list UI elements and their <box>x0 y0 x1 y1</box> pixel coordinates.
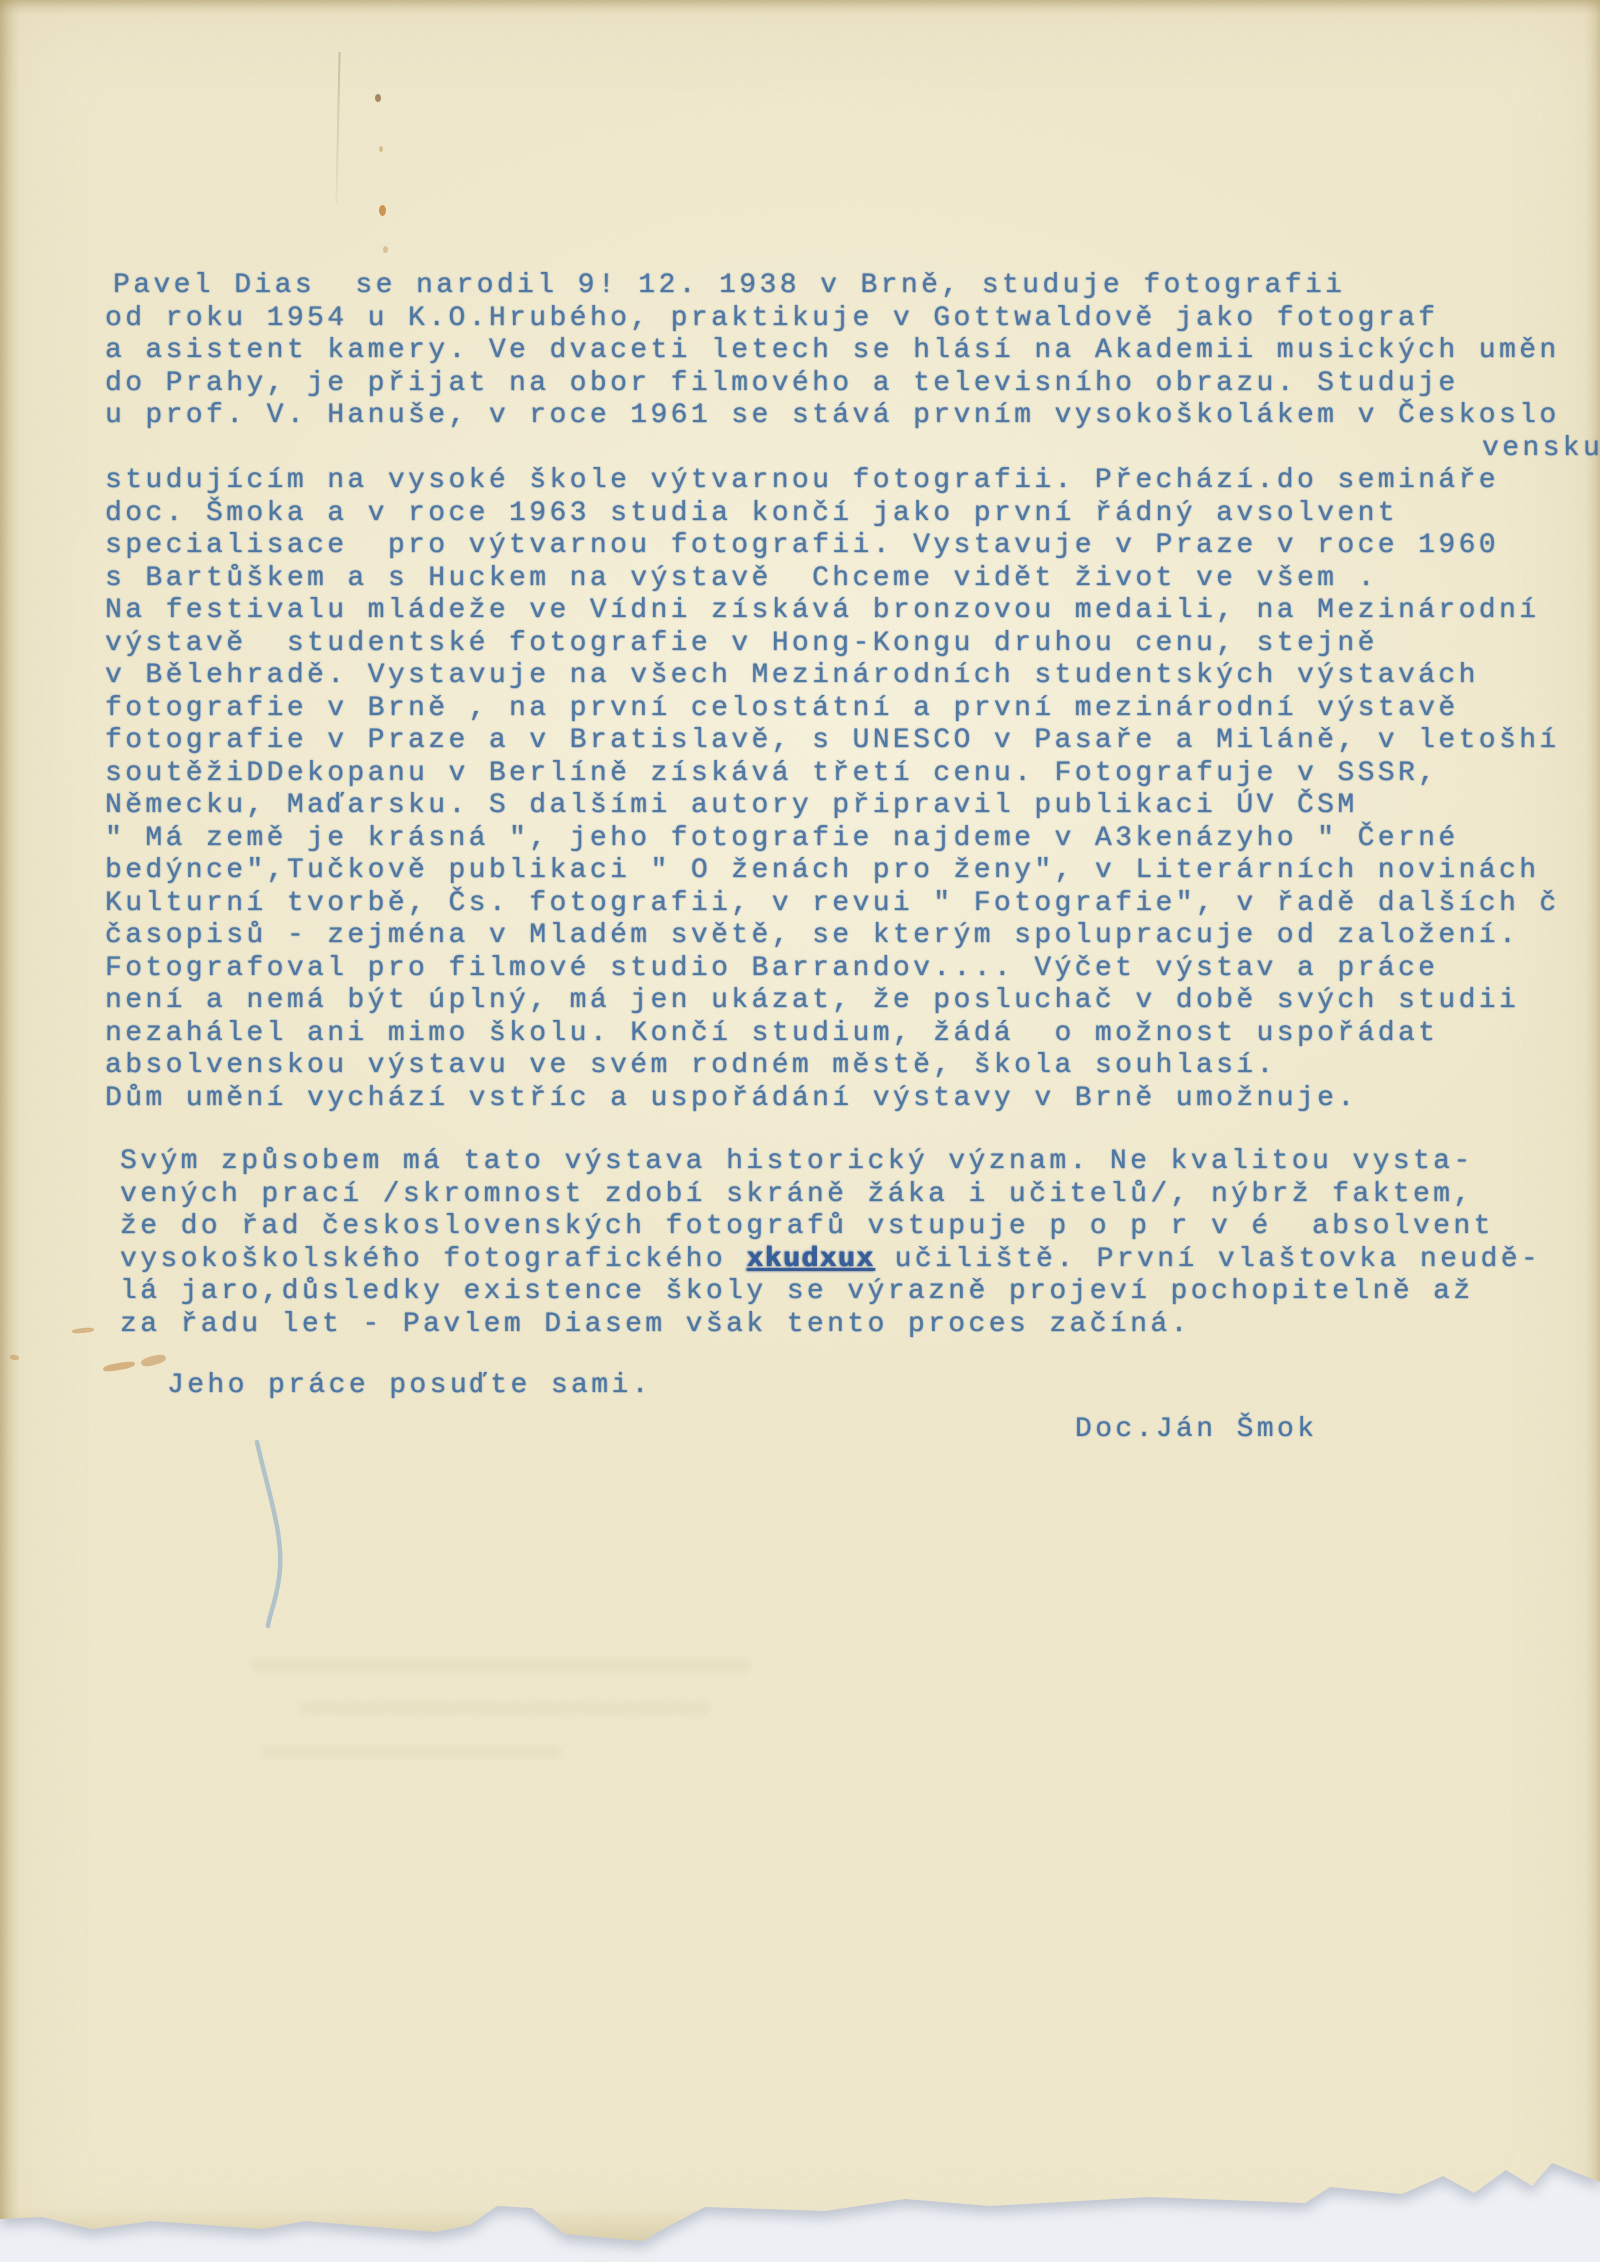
text-line: Pavel Dias se narodil 9! 12. 1938 v Brně… <box>113 270 1600 303</box>
text-segment: vysokoškolskéħo fotografického <box>120 1244 746 1275</box>
rust-smudge <box>10 1354 20 1360</box>
text-segment: učiliště. První vlaštovka neudě- <box>874 1244 1541 1275</box>
text-line: a asistent kamery. Ve dvaceti letech se … <box>105 335 1600 368</box>
text-segment: Kulturní tvorbě, Čs. fotografii, v revui… <box>105 888 1560 919</box>
text-line: Kulturní tvorbě, Čs. fotografii, v revui… <box>105 888 1600 921</box>
text-line: vysokoškolskéħo fotografického xkudxux u… <box>120 1244 1541 1277</box>
text-line: absolvenskou výstavu ve svém rodném měst… <box>105 1050 1600 1083</box>
text-line: bedýnce",Tučkově publikaci " O ženách pr… <box>105 855 1600 888</box>
show-through-ghost <box>300 1702 710 1714</box>
text-line: časopisů - zejména v Mladém světě, se kt… <box>105 920 1600 953</box>
text-line: s Bartůškem a s Huckem na výstavě Chceme… <box>105 563 1600 596</box>
scanned-document-page: Pavel Dias se narodil 9! 12. 1938 v Brně… <box>0 0 1600 2262</box>
text-segment: " Má země je krásná ", jeho fotografie n… <box>105 823 1459 854</box>
text-segment: lá jaro,důsledky existence školy se výra… <box>120 1276 1474 1307</box>
text-line: vensku <box>1482 433 1600 466</box>
text-segment: že do řad československých fotografů vst… <box>120 1211 1494 1242</box>
text-line: že do řad československých fotografů vst… <box>120 1211 1541 1244</box>
text-segment: doc. Šmoka a v roce 1963 studia končí ja… <box>105 498 1398 529</box>
text-line: u prof. V. Hanuše, v roce 1961 se stává … <box>105 400 1600 433</box>
rust-speck <box>379 146 383 152</box>
text-line: Jeho práce posuďte sami. <box>167 1370 652 1403</box>
text-line: vených prací /skromnost zdobí skráně žák… <box>120 1179 1541 1212</box>
paper-shadow-wrapper: Pavel Dias se narodil 9! 12. 1938 v Brně… <box>0 0 1600 2262</box>
rust-speck <box>383 246 388 253</box>
text-segment: specialisace pro výtvarnou fotografii. V… <box>105 530 1499 561</box>
text-segment: absolvenskou výstavu ve svém rodném měst… <box>105 1050 1277 1081</box>
text-segment: v Bělehradě. Vystavuje na všech Mezináro… <box>105 660 1479 691</box>
text-line: za řadu let - Pavlem Diasem však tento p… <box>120 1309 1541 1342</box>
paper-sheet: Pavel Dias se narodil 9! 12. 1938 v Brně… <box>0 0 1600 2262</box>
text-segment: Fotografoval pro filmové studio Barrando… <box>105 953 1438 984</box>
text-line: od roku 1954 u K.O.Hrubého, praktikuje v… <box>105 303 1600 336</box>
text-line: studujícím na vysoké škole výtvarnou fot… <box>105 465 1600 498</box>
text-segment: Pavel Dias se narodil 9! 12. 1938 v Brně… <box>113 270 1345 301</box>
text-segment: od roku 1954 u K.O.Hrubého, praktikuje v… <box>105 303 1438 334</box>
text-line: soutěžiDDekopanu v Berlíně získává třetí… <box>105 758 1600 791</box>
overtyped-word: xkudxux <box>746 1244 874 1275</box>
text-line: specialisace pro výtvarnou fotografii. V… <box>105 530 1600 563</box>
text-line: Svým způsobem má tato výstava historický… <box>120 1146 1541 1179</box>
show-through-ghost <box>262 1746 562 1758</box>
text-segment: Německu, Maďarsku. S dalšími autory přip… <box>105 790 1358 821</box>
text-line: Fotografoval pro filmové studio Barrando… <box>105 953 1600 986</box>
text-segment: s Bartůškem a s Huckem na výstavě Chceme… <box>105 563 1378 594</box>
crease-mark <box>335 52 340 204</box>
text-line: doc. Šmoka a v roce 1963 studia končí ja… <box>105 498 1600 531</box>
text-segment: studujícím na vysoké škole výtvarnou fot… <box>105 465 1499 496</box>
text-segment: soutěžiDDekopanu v Berlíně získává třetí… <box>105 758 1438 789</box>
rust-smudge <box>103 1360 136 1372</box>
text-line: " Má země je krásná ", jeho fotografie n… <box>105 823 1600 856</box>
text-segment: nezahálel ani mimo školu. Končí studium,… <box>105 1018 1438 1049</box>
text-segment: vených prací /skromnost zdobí skráně žák… <box>120 1179 1474 1210</box>
text-line: není a nemá být úplný, má jen ukázat, že… <box>105 985 1600 1018</box>
text-segment: Svým způsobem má tato výstava historický… <box>120 1146 1474 1177</box>
text-line: Německu, Maďarsku. S dalšími autory přip… <box>105 790 1600 823</box>
text-segment: časopisů - zejména v Mladém světě, se kt… <box>105 920 1519 951</box>
rust-smudge <box>140 1353 166 1368</box>
text-segment: a asistent kamery. Ve dvaceti letech se … <box>105 335 1560 366</box>
text-segment: Dům umění vychází vstříc a uspořádání vý… <box>105 1083 1358 1114</box>
paragraph-closing: Jeho práce posuďte sami. <box>167 1370 652 1403</box>
rust-speck <box>379 205 386 216</box>
rust-smudge <box>72 1327 94 1334</box>
pencil-stroke-mark <box>225 1436 315 1636</box>
text-segment: vensku <box>1482 433 1600 464</box>
text-line: do Prahy, je přijat na obor filmového a … <box>105 368 1600 401</box>
text-line: Dům umění vychází vstříc a uspořádání vý… <box>105 1083 1600 1116</box>
signature: Doc.Ján Šmok <box>1075 1414 1317 1445</box>
text-line: Na festivalu mládeže ve Vídni získává br… <box>105 595 1600 628</box>
text-line: lá jaro,důsledky existence školy se výra… <box>120 1276 1541 1309</box>
text-segment: výstavě studentské fotografie v Hong-Kon… <box>105 628 1378 659</box>
paragraph-significance: Svým způsobem má tato výstava historický… <box>120 1146 1541 1341</box>
rust-speck <box>375 94 381 102</box>
text-line: nezahálel ani mimo školu. Končí studium,… <box>105 1018 1600 1051</box>
paragraph-biography: Pavel Dias se narodil 9! 12. 1938 v Brně… <box>105 270 1600 1115</box>
text-segment: není a nemá být úplný, má jen ukázat, že… <box>105 985 1519 1016</box>
text-line: výstavě studentské fotografie v Hong-Kon… <box>105 628 1600 661</box>
text-segment: za řadu let - Pavlem Diasem však tento p… <box>120 1309 1191 1340</box>
text-segment: u prof. V. Hanuše, v roce 1961 se stává … <box>105 400 1560 431</box>
text-segment: Jeho práce posuďte sami. <box>167 1370 652 1401</box>
text-segment: fotografie v Brně , na první celostátní … <box>105 693 1459 724</box>
text-segment: do Prahy, je přijat na obor filmového a … <box>105 368 1459 399</box>
text-line: fotografie v Praze a v Bratislavě, s UNE… <box>105 725 1600 758</box>
text-segment: Na festivalu mládeže ve Vídni získává br… <box>105 595 1539 626</box>
text-line: fotografie v Brně , na první celostátní … <box>105 693 1600 726</box>
show-through-ghost <box>250 1658 750 1672</box>
text-line: v Bělehradě. Vystavuje na všech Mezináro… <box>105 660 1600 693</box>
text-segment: fotografie v Praze a v Bratislavě, s UNE… <box>105 725 1560 756</box>
text-segment: bedýnce",Tučkově publikaci " O ženách pr… <box>105 855 1539 886</box>
